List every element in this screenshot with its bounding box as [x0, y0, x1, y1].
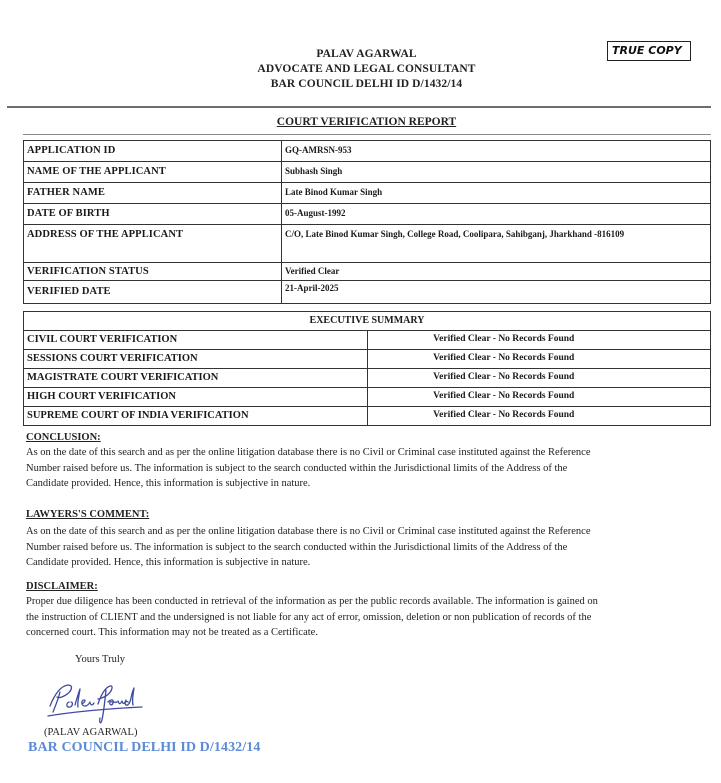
- report-title: COURT VERIFICATION REPORT: [0, 116, 721, 128]
- court-status: Verified Clear - No Records Found: [367, 407, 711, 426]
- table-row: DATE OF BIRTH 05-August-1992: [24, 204, 711, 225]
- table-header-row: EXECUTIVE SUMMARY: [24, 312, 711, 331]
- signature-icon: [42, 676, 147, 728]
- signatory-name: (PALAV AGARWAL): [44, 727, 137, 739]
- conclusion-heading: CONCLUSION:: [26, 431, 716, 445]
- signatory-bar-id: BAR COUNCIL DELHI ID D/1432/14: [28, 740, 260, 756]
- court-label: MAGISTRATE COURT VERIFICATION: [24, 369, 368, 388]
- court-status: Verified Clear - No Records Found: [367, 350, 711, 369]
- court-label: SUPREME COURT OF INDIA VERIFICATION: [24, 407, 368, 426]
- detail-label: APPLICATION ID: [24, 141, 282, 162]
- table-row: SESSIONS COURT VERIFICATION Verified Cle…: [24, 350, 711, 369]
- court-label: HIGH COURT VERIFICATION: [24, 388, 368, 407]
- detail-label: FATHER NAME: [24, 183, 282, 204]
- salutation: Yours Truly: [75, 654, 125, 665]
- detail-value: C/O, Late Binod Kumar Singh, College Roa…: [282, 225, 711, 263]
- lawyers-comment-line: Number raised before us. The information…: [26, 540, 716, 556]
- disclaimer-line: Proper due diligence has been conducted …: [26, 594, 716, 610]
- disclaimer-line: the instruction of CLIENT and the unders…: [26, 610, 716, 626]
- conclusion-line: Candidate provided. Hence, this informat…: [26, 476, 716, 492]
- disclaimer-line: concerned court. This information may no…: [26, 625, 716, 641]
- court-status: Verified Clear - No Records Found: [367, 331, 711, 350]
- lawyers-comment-section: LAWYERS'S COMMENT: As on the date of thi…: [26, 508, 716, 571]
- detail-value: Late Binod Kumar Singh: [282, 183, 711, 204]
- table-row: MAGISTRATE COURT VERIFICATION Verified C…: [24, 369, 711, 388]
- table-row: SUPREME COURT OF INDIA VERIFICATION Veri…: [24, 407, 711, 426]
- detail-value: Verified Clear: [282, 263, 711, 281]
- table-row: VERIFICATION STATUS Verified Clear: [24, 263, 711, 281]
- table-row: ADDRESS OF THE APPLICANT C/O, Late Binod…: [24, 225, 711, 263]
- true-copy-stamp: TRUE COPY: [607, 41, 691, 61]
- conclusion-line: Number raised before us. The information…: [26, 461, 716, 477]
- conclusion-section: CONCLUSION: As on the date of this searc…: [26, 431, 716, 492]
- detail-value: 21-April-2025: [282, 281, 711, 304]
- disclaimer-heading: DISCLAIMER:: [26, 580, 716, 594]
- detail-value: Subhash Singh: [282, 162, 711, 183]
- advocate-designation: ADVOCATE AND LEGAL CONSULTANT: [0, 62, 721, 77]
- court-status: Verified Clear - No Records Found: [367, 369, 711, 388]
- table-row: NAME OF THE APPLICANT Subhash Singh: [24, 162, 711, 183]
- table-row: CIVIL COURT VERIFICATION Verified Clear …: [24, 331, 711, 350]
- court-status: Verified Clear - No Records Found: [367, 388, 711, 407]
- conclusion-line: As on the date of this search and as per…: [26, 445, 716, 461]
- table-row: VERIFIED DATE 21-April-2025: [24, 281, 711, 304]
- table-row: APPLICATION ID GQ-AMRSN-953: [24, 141, 711, 162]
- lawyers-comment-heading: LAWYERS'S COMMENT:: [26, 508, 716, 522]
- court-label: CIVIL COURT VERIFICATION: [24, 331, 368, 350]
- detail-label: VERIFIED DATE: [24, 281, 282, 304]
- detail-label: NAME OF THE APPLICANT: [24, 162, 282, 183]
- table-row: FATHER NAME Late Binod Kumar Singh: [24, 183, 711, 204]
- lawyers-comment-line: As on the date of this search and as per…: [26, 524, 716, 540]
- applicant-details-table: APPLICATION ID GQ-AMRSN-953 NAME OF THE …: [23, 140, 711, 304]
- detail-value: GQ-AMRSN-953: [282, 141, 711, 162]
- advocate-bar-id: BAR COUNCIL DELHI ID D/1432/14: [0, 77, 721, 92]
- executive-summary-table: EXECUTIVE SUMMARY CIVIL COURT VERIFICATI…: [23, 311, 711, 426]
- court-label: SESSIONS COURT VERIFICATION: [24, 350, 368, 369]
- table-row: HIGH COURT VERIFICATION Verified Clear -…: [24, 388, 711, 407]
- lawyers-comment-line: Candidate provided. Hence, this informat…: [26, 555, 716, 571]
- detail-value: 05-August-1992: [282, 204, 711, 225]
- header-divider: [7, 106, 711, 108]
- title-divider: [23, 134, 711, 135]
- detail-label: VERIFICATION STATUS: [24, 263, 282, 281]
- detail-label: DATE OF BIRTH: [24, 204, 282, 225]
- detail-label: ADDRESS OF THE APPLICANT: [24, 225, 282, 263]
- disclaimer-section: DISCLAIMER: Proper due diligence has bee…: [26, 580, 716, 641]
- executive-summary-title: EXECUTIVE SUMMARY: [24, 312, 711, 331]
